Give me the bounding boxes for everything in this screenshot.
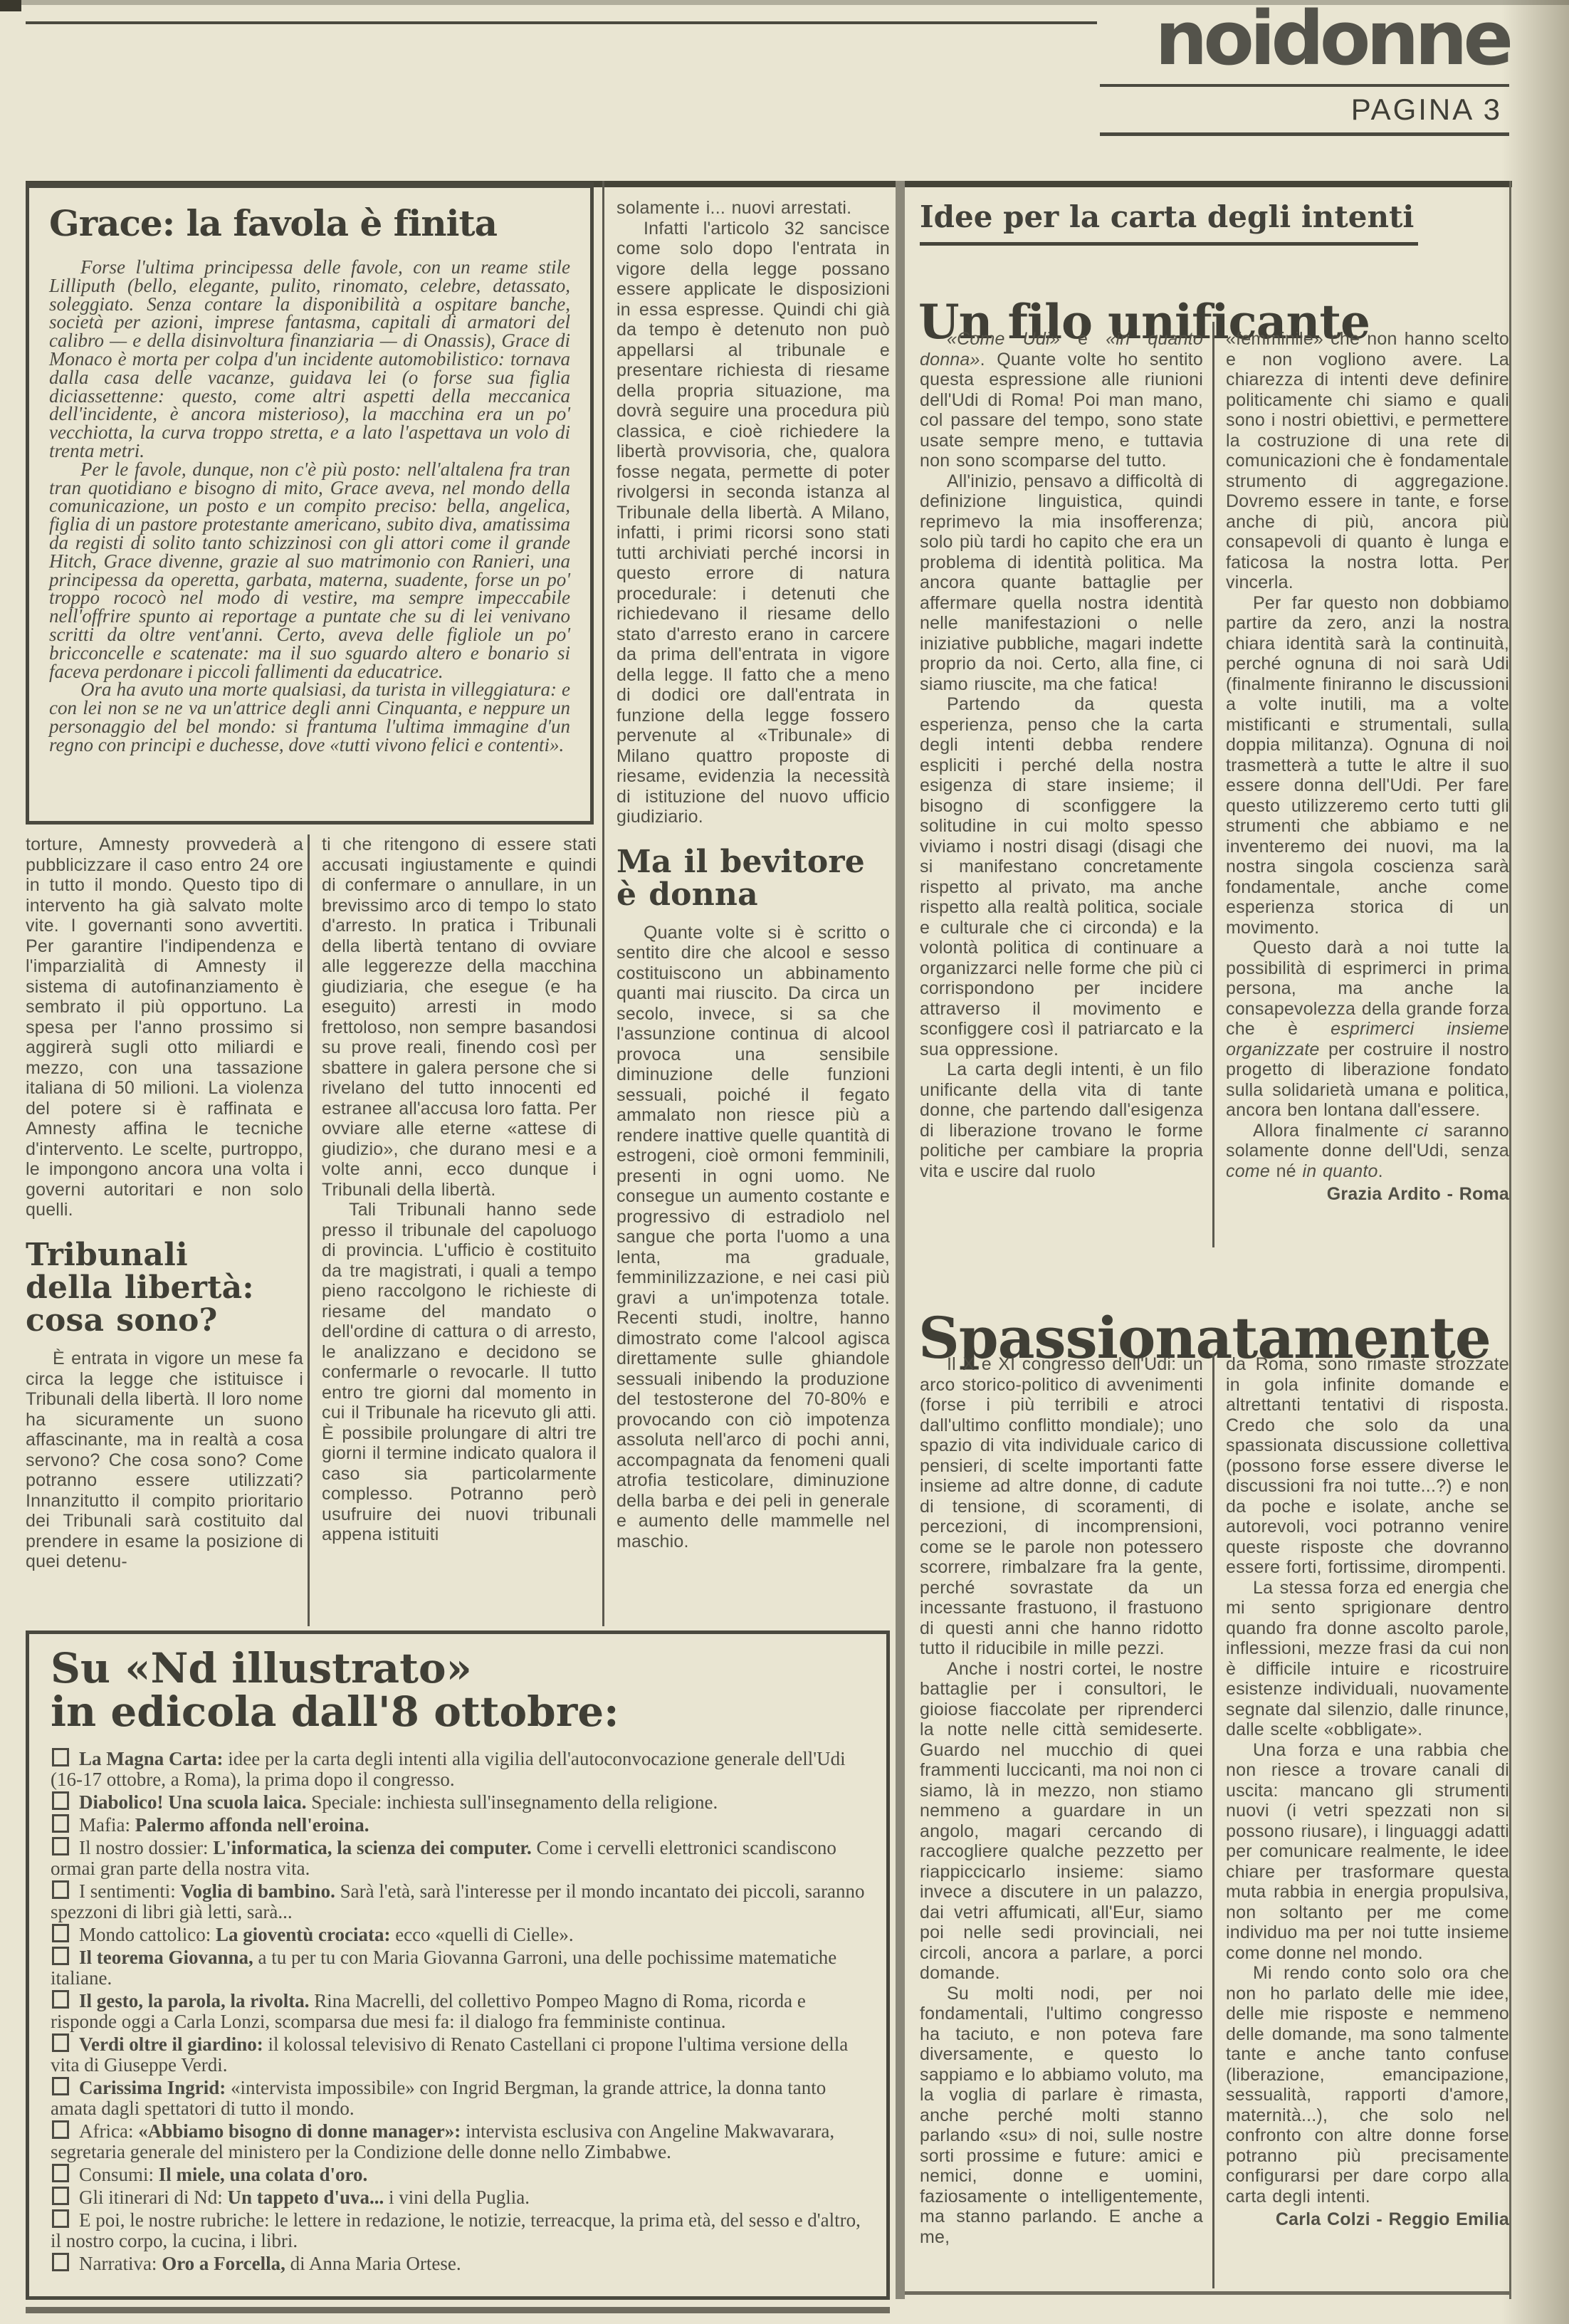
paragraph: Mi rendo conto solo ora che non ho parla…: [1226, 1963, 1509, 2207]
list-item: Verdi oltre il giardino: il kolossal tel…: [51, 2033, 865, 2076]
article-bevitore-title: Ma il bevitore è donna: [616, 846, 890, 911]
paragraph: Questo darà a noi tutte la possibilità d…: [1226, 938, 1509, 1121]
column-divider: [1212, 322, 1214, 1247]
nd-illustrato-list: La Magna Carta: idee per la carta degli …: [51, 1748, 865, 2274]
paragraph: Tali Tribunali hanno sede presso il trib…: [322, 1200, 597, 1545]
paragraph: Il X e XI congresso dell'Udi: un arco st…: [920, 1354, 1203, 1659]
checkbox-icon: [52, 2164, 69, 2182]
list-item: Carissima Ingrid: «intervista impossibil…: [51, 2077, 865, 2119]
checkbox-icon: [52, 2077, 69, 2095]
checkbox-icon: [52, 1990, 69, 2009]
column-1: torture, Amnesty provvederà a pubblicizz…: [26, 834, 303, 1626]
kicker-underline: [920, 242, 1418, 246]
list-item: Mafia: Palermo affonda nell'eroina.: [51, 1814, 865, 1836]
checkbox-icon: [52, 1924, 69, 1942]
page-number-label: PAGINA 3: [1351, 93, 1502, 126]
nd-illustrato-title: Su «Nd illustrato» in edicola dall'8 ott…: [51, 1647, 865, 1734]
paragraph: Quante volte si è scritto o sentito dire…: [616, 923, 890, 1552]
checkbox-icon: [52, 1748, 69, 1766]
checkbox-icon: [52, 1947, 69, 1965]
article-grace: Grace: la favola è finita Forse l'ultima…: [26, 182, 594, 825]
column-2: ti che ritengono di essere stati accusat…: [322, 834, 597, 1626]
paragraph: Ora ha avuto una morte qualsiasi, da tur…: [49, 681, 570, 754]
section-bottom-rule: [905, 2291, 1510, 2295]
checkbox-icon: [52, 1880, 69, 1899]
article-unfilo-kicker: Idee per la carta degli intenti: [920, 199, 1432, 234]
list-item: Africa: «Abbiamo bisogno di donne manage…: [51, 2120, 865, 2162]
column-3: solamente i... nuovi arrestati. Infatti …: [616, 198, 890, 1626]
article-unfilo-signature: Grazia Ardito - Roma: [1226, 1184, 1509, 1205]
paragraph: da Roma, sono rimaste strozzate in gola …: [1226, 1354, 1509, 1578]
list-item: Il teorema Giovanna, a tu per tu con Mar…: [51, 1947, 865, 1989]
paragraph: All'inizio, pensavo a difficoltà di defi…: [920, 471, 1203, 695]
column-divider: [308, 834, 310, 1626]
checkbox-icon: [52, 2033, 69, 2052]
article-spassionatamente-signature: Carla Colzi - Reggio Emilia: [1226, 2209, 1509, 2230]
newspaper-page: noidonne PAGINA 3 Grace: la favola è fin…: [0, 0, 1569, 2324]
paragraph: Partendo da questa esperienza, penso che…: [920, 694, 1203, 1059]
paragraph: «femminile» che non hanno scelto e non v…: [1226, 329, 1509, 593]
checkbox-icon: [52, 2209, 69, 2228]
list-item: E poi, le nostre rubriche: le lettere in…: [51, 2209, 865, 2251]
article-grace-title: Grace: la favola è finita: [49, 202, 570, 244]
column-divider: [1212, 1354, 1214, 2288]
list-item: La Magna Carta: idee per la carta degli …: [51, 1748, 865, 1790]
paragraph: Una forza e una rabbia che non riesce a …: [1226, 1740, 1509, 1964]
masthead-rule: [26, 21, 1097, 24]
list-item: Mondo cattolico: La gioventù crociata: e…: [51, 1924, 865, 1945]
paragraph: La carta degli intenti, è un filo unific…: [920, 1059, 1203, 1181]
list-item: Diabolico! Una scuola laica. Speciale: i…: [51, 1791, 865, 1813]
list-item: Narrativa: Oro a Forcella, di Anna Maria…: [51, 2253, 865, 2274]
column-divider: [602, 181, 604, 1626]
paragraph: Per le favole, dunque, non c'è più posto…: [49, 461, 570, 681]
list-item: Il nostro dossier: L'informatica, la sci…: [51, 1837, 865, 1879]
section-right-rule: [1509, 181, 1511, 2299]
paragraph: Forse l'ultima principessa delle favole,…: [49, 258, 570, 461]
column-4b: Il X e XI congresso dell'Udi: un arco st…: [920, 1354, 1203, 2288]
page-number-strip: PAGINA 3: [1100, 84, 1509, 136]
paragraph: solamente i... nuovi arrestati.: [616, 198, 890, 219]
checkbox-icon: [52, 1791, 69, 1810]
checkbox-icon: [52, 1814, 69, 1833]
amnesty-continuation: torture, Amnesty provvederà a pubblicizz…: [26, 834, 303, 1220]
column-5: «femminile» che non hanno scelto e non v…: [1226, 329, 1509, 1255]
paragraph: È entrata in vigore un mese fa circa la …: [26, 1349, 303, 1572]
paragraph: ti che ritengono di essere stati accusat…: [322, 834, 597, 1200]
paragraph: Per far questo non dobbiamo partire da z…: [1226, 593, 1509, 938]
paragraph: La stessa forza ed energia che mi sento …: [1226, 1578, 1509, 1740]
nd-illustrato-box: Su «Nd illustrato» in edicola dall'8 ott…: [26, 1631, 890, 2300]
scan-corner-mark: [0, 0, 21, 11]
checkbox-icon: [52, 2120, 69, 2139]
paragraph: Su molti nodi, per noi fondamentali, l'u…: [920, 1984, 1203, 2248]
column-4: «Come Udi» e «in quanto donna». Quante v…: [920, 329, 1203, 1249]
paragraph: «Come Udi» e «in quanto donna». Quante v…: [920, 329, 1203, 471]
list-item: I sentimenti: Voglia di bambino. Sarà l'…: [51, 1880, 865, 1922]
paragraph: Anche i nostri cortei, le nostre battagl…: [920, 1659, 1203, 1984]
box-bottom-band: [26, 2307, 890, 2313]
list-item: Consumi: Il miele, una colata d'oro.: [51, 2164, 865, 2185]
checkbox-icon: [52, 1837, 69, 1855]
article-tribunali-title: Tribunali della libertà: cosa sono?: [26, 1239, 303, 1338]
paragraph: Allora finalmente ci saranno solamente d…: [1226, 1121, 1509, 1182]
article-grace-body: Forse l'ultima principessa delle favole,…: [49, 258, 570, 755]
checkbox-icon: [52, 2253, 69, 2271]
masthead-logo: noidonne: [1100, 1, 1509, 75]
column-5b: da Roma, sono rimaste strozzate in gola …: [1226, 1354, 1509, 2288]
list-item: Il gesto, la parola, la rivolta. Rina Ma…: [51, 1990, 865, 2032]
list-item: Gli itinerari di Nd: Un tappeto d'uva...…: [51, 2187, 865, 2208]
section-left-bar: [896, 181, 905, 2299]
checkbox-icon: [52, 2187, 69, 2205]
paragraph: Infatti l'articolo 32 sancisce come solo…: [616, 219, 890, 827]
